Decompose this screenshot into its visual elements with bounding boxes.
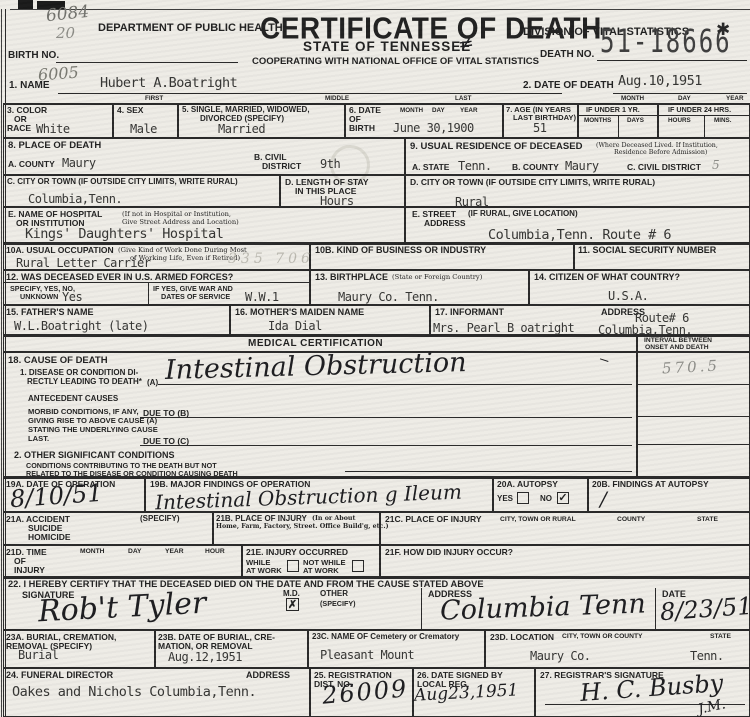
burial-date-value: Aug.12,1951: [168, 650, 242, 664]
dob-sub-year: YEAR: [460, 107, 478, 114]
death-certificate-scan: 6084 20 DEPARTMENT OF PUBLIC HEALTH CERT…: [0, 0, 750, 717]
months-col-label: MONTHS: [584, 117, 611, 124]
death-no-value: 51-18666: [600, 22, 732, 60]
morbid-label-4: LAST.: [28, 434, 49, 443]
birth-no-label: BIRTH NO.: [8, 50, 59, 61]
sex-value: Male: [130, 122, 157, 136]
place-of-death-title: 8. PLACE OF DEATH: [8, 140, 101, 151]
occupation-label: 10A. USUAL OCCUPATION: [6, 245, 114, 255]
funeral-director-value: Oakes and Nichols Columbia,Tenn.: [12, 684, 256, 700]
interval-label-2: ONSET AND DEATH: [645, 344, 709, 351]
war-label-2: DATES OF SERVICE: [161, 292, 230, 301]
injury-place2-label: 21C. PLACE OF INJURY: [385, 514, 482, 524]
autopsy-yes-label: YES: [497, 494, 513, 503]
location-col-2: STATE: [710, 633, 731, 640]
state-label: STATE OF TENNESSEE: [303, 39, 471, 54]
under-24hrs-col-divider: [704, 115, 705, 138]
certification-date-divider: [655, 588, 656, 630]
city-label: C. CITY OR TOWN (IF OUTSIDE CITY LIMITS,…: [7, 177, 238, 186]
interval-rule-2: [637, 416, 750, 417]
cause-title: 18. CAUSE OF DEATH: [8, 355, 108, 366]
city-value: Columbia,Tenn.: [28, 192, 122, 206]
citizen-value: U.S.A.: [608, 289, 648, 303]
interval-rule-1: [637, 384, 750, 385]
ssn-label: 11. SOCIAL SECURITY NUMBER: [578, 245, 716, 255]
form-top-border: [10, 9, 750, 10]
autopsy-label: 20A. AUTOPSY: [497, 479, 558, 489]
sex-label: 4. SEX: [117, 105, 143, 115]
disease-label-2: RECTLY LEADING TO DEATH*: [27, 377, 142, 386]
interval-rule-3: [637, 444, 750, 445]
injury-place-paren-1: (In or About: [312, 515, 355, 522]
name-sub-last: LAST: [455, 95, 471, 102]
county-value: Maury: [62, 156, 96, 170]
residence-district-value: 5: [712, 158, 720, 172]
under-1yr-col-divider: [618, 115, 619, 138]
dob-value: June 30,1900: [393, 121, 474, 135]
injury-how-label: 21F. HOW DID INJURY OCCUR?: [385, 547, 513, 557]
corner-pencil-number-2: 20: [56, 24, 75, 42]
marital-value: Married: [218, 122, 265, 136]
autopsy-findings-value: /: [600, 487, 607, 511]
autopsy-yes-checkbox: [517, 492, 529, 504]
under-1yr-label: IF UNDER 1 YR.: [586, 105, 640, 114]
county-label: A. COUNTY: [8, 159, 55, 169]
name-sub-first: FIRST: [145, 95, 163, 102]
dod-line: [613, 93, 747, 94]
residence-county-label: B. COUNTY: [512, 162, 559, 172]
armed-forces-divider: [3, 282, 310, 283]
armed-forces-value: Yes: [62, 290, 82, 304]
morbid-label-3: STATING THE UNDERLYING CAUSE: [28, 425, 158, 434]
other-specify-label: (SPECIFY): [320, 599, 356, 608]
street-value: Columbia,Tenn. Route # 6: [488, 227, 671, 243]
injury-place-paren-2: Home, Farm, Factory, Street. Office Buil…: [216, 523, 389, 530]
corner-pencil-number: 6084: [45, 2, 90, 26]
star-mark: ✱: [716, 20, 730, 40]
injury-time-col-day: DAY: [128, 548, 142, 555]
informant-label: 17. INFORMANT: [435, 307, 504, 317]
location-state-value: Tenn.: [690, 649, 724, 663]
civil-district-value: 9th: [320, 157, 340, 171]
while-at-work-checkbox: [287, 560, 299, 572]
dob-sub-month: MONTH: [400, 107, 423, 114]
due-to-c-line: [140, 445, 632, 446]
autopsy-no-label: NO: [540, 494, 552, 503]
civil-district-label-2: DISTRICT: [262, 161, 301, 171]
certification-address-divider: [421, 588, 422, 630]
other-conditions-title: 2. OTHER SIGNIFICANT CONDITIONS: [14, 450, 175, 460]
residence-state-value: Tenn.: [458, 159, 492, 173]
form-left-border-outer: [1, 9, 2, 717]
industry-label: 10B. KIND OF BUSINESS OR INDUSTRY: [315, 245, 486, 255]
injury-time-col-hour: HOUR: [205, 548, 225, 555]
informant-value: Mrs. Pearl B oatright: [433, 321, 574, 335]
location-label: 23D. LOCATION: [490, 632, 554, 642]
days-col-label: DAYS: [627, 117, 644, 124]
cemetery-label: 23C. NAME OF Cemetery or Crematory: [312, 632, 459, 641]
injury-time-label-3: INJURY: [14, 565, 45, 575]
injury-place2-col-1: CITY, TOWN OR RURAL: [500, 516, 576, 523]
dob-sub-day: DAY: [432, 107, 445, 114]
residence-title: 9. USUAL RESIDENCE OF DECEASED: [410, 141, 582, 152]
stay-value: Hours: [320, 194, 354, 208]
birthplace-label: 13. BIRTHPLACE: [315, 272, 388, 282]
cemetery-value: Pleasant Mount: [320, 648, 414, 662]
hospital-paren-2: Give Street Address and Location): [122, 218, 239, 226]
street-label-2: ADDRESS: [424, 218, 466, 228]
residence-county-value: Maury: [565, 159, 599, 173]
injury-place2-col-2: COUNTY: [617, 516, 645, 523]
citizen-label: 14. CITIZEN OF WHAT COUNTRY?: [534, 272, 680, 282]
injury-time-label-1: 21D. TIME: [6, 547, 47, 557]
disease-label-1: 1. DISEASE OR CONDITION DI-: [20, 368, 138, 377]
mins-col-label: MINS.: [714, 117, 732, 124]
certify-statement: 22. I HEREBY CERTIFY THAT THE DECEASED D…: [8, 579, 484, 589]
due-to-b-line: [140, 417, 632, 418]
cause-a-line: [158, 384, 632, 385]
specify-label-2: UNKNOWN: [20, 292, 58, 301]
pen-mark: ≠: [457, 32, 476, 56]
other-label: OTHER: [320, 589, 348, 598]
marital-label-1: 5. SINGLE, MARRIED, WIDOWED,: [182, 105, 310, 114]
location-value: Maury Co.: [530, 649, 591, 663]
not-while-at-work-checkbox: [352, 560, 364, 572]
antecedent-label: ANTECEDENT CAUSES: [28, 394, 118, 403]
medical-header: MEDICAL CERTIFICATION: [248, 338, 383, 349]
street-paren: (IF RURAL, GIVE LOCATION): [468, 209, 578, 218]
injury-occurred-label: 21E. INJURY OCCURRED: [246, 547, 348, 557]
burial-value: Burial: [18, 648, 58, 662]
name-value: Hubert A.Boatright: [100, 75, 237, 91]
other-conditions-line: [345, 471, 632, 472]
name-sub-middle: MIDDLE: [325, 95, 349, 102]
date-of-death-value: Aug.10,1951: [618, 73, 702, 89]
armed-forces-title: 12. WAS DECEASED EVER IN U.S. ARMED FORC…: [6, 272, 233, 282]
dob-label-3: BIRTH: [349, 123, 375, 133]
injury-place2-col-3: STATE: [697, 516, 718, 523]
father-value: W.L.Boatright (late): [14, 319, 149, 333]
injury-time-col-year: YEAR: [165, 548, 184, 555]
death-no-line: [597, 60, 747, 61]
md-checkbox: ✗: [286, 598, 299, 611]
residence-paren-2: Residence Before Admission): [614, 149, 707, 156]
location-col-1: CITY, TOWN OR COUNTY: [562, 633, 643, 640]
injury-time-col-month: MONTH: [80, 548, 105, 555]
morbid-label-2: GIVING RISE TO ABOVE CAUSE (A): [28, 416, 157, 425]
race-value: White: [36, 122, 70, 136]
occupation-value: Rural Letter Carrier: [16, 256, 151, 270]
injury-kind-specify: (SPECIFY): [140, 514, 180, 523]
scan-artifact: [18, 0, 33, 9]
interval-value: 570.5: [662, 356, 721, 377]
dod-sub-year: YEAR: [726, 95, 744, 102]
father-label: 15. FATHER'S NAME: [6, 307, 94, 317]
hospital-value: Kings' Daughters' Hospital: [25, 226, 223, 242]
armed-forces-col-divider: [148, 282, 149, 305]
dod-sub-month: MONTH: [621, 95, 644, 102]
residence-district-label: C. CIVIL DISTRICT: [627, 162, 701, 172]
name-line: [58, 93, 562, 94]
autopsy-no-checkmark: ✓: [558, 492, 567, 504]
name-label: 1. NAME: [9, 80, 50, 91]
mother-label: 16. MOTHER'S MAIDEN NAME: [235, 307, 364, 317]
injury-place-label: 21B. PLACE OF INJURY: [216, 514, 307, 523]
birthplace-paren: (State or Foreign Country): [392, 273, 482, 281]
department-label: DEPARTMENT OF PUBLIC HEALTH: [98, 22, 283, 34]
under-24hrs-label: IF UNDER 24 HRS.: [668, 105, 731, 114]
morbid-label-1: MORBID CONDITIONS, IF ANY,: [28, 407, 139, 416]
death-no-label: DEATH NO.: [540, 49, 594, 60]
funeral-director-address-label: ADDRESS: [246, 670, 290, 680]
residence-state-label: A. STATE: [412, 162, 449, 172]
cause-a-label: (A): [147, 378, 158, 387]
race-label-3: RACE: [7, 123, 31, 133]
not-while-at-work-label-2: AT WORK: [303, 566, 339, 575]
hours-col-label: HOURS: [668, 117, 691, 124]
hospital-paren-1: (If not in Hospital or Institution,: [122, 210, 231, 218]
md-label: M.D.: [283, 589, 300, 598]
autopsy-no-checkbox: ✓: [557, 492, 569, 504]
occupation-pencil-note: 335 706: [228, 251, 314, 267]
birth-no-line: [56, 62, 238, 63]
md-checkmark: ✗: [288, 599, 297, 611]
funeral-director-label: 24. FUNERAL DIRECTOR: [6, 670, 113, 680]
injury-kind-label-3: HOMICIDE: [28, 532, 71, 542]
dod-sub-day: DAY: [678, 95, 691, 102]
autopsy-findings-label: 20B. FINDINGS AT AUTOPSY: [592, 479, 709, 489]
war-value: W.W.1: [245, 290, 279, 304]
mother-value: Ida Dial: [268, 319, 322, 333]
interval-label-1: INTERVAL BETWEEN: [644, 337, 712, 344]
residence-city-label: D. CITY OR TOWN (IF OUTSIDE CITY LIMITS,…: [410, 177, 655, 187]
while-at-work-label-2: AT WORK: [246, 566, 282, 575]
residence-paren-1: (Where Deceased Lived. If Institution,: [596, 142, 718, 149]
age-value: 51: [533, 121, 546, 135]
cooperating-label: COOPERATING WITH NATIONAL OFFICE OF VITA…: [252, 56, 539, 67]
birthplace-value: Maury Co. Tenn.: [338, 290, 439, 304]
date-of-death-label: 2. DATE OF DEATH: [523, 80, 614, 91]
